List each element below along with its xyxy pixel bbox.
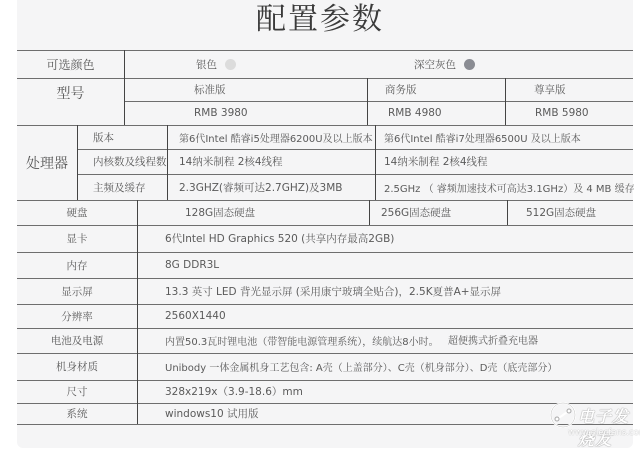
color-name: 银色 bbox=[196, 57, 217, 72]
memory-label: 内存 bbox=[17, 252, 137, 278]
color-name: 深空灰色 bbox=[414, 57, 456, 72]
processor-cores-standard: 14纳米制程 2核4线程 bbox=[179, 149, 283, 174]
os-label: 系统 bbox=[17, 403, 137, 424]
battery-label: 电池及电源 bbox=[17, 328, 137, 353]
processor-freq-premium: 2.5GHz （ 睿频加速技术可高达3.1GHz）及 4 MB 缓存 bbox=[384, 174, 635, 200]
processor-cores-premium: 14纳米制程 2核4线程 bbox=[384, 149, 488, 174]
dimensions-value: 328x219x（3.9-18.6）mm bbox=[165, 380, 303, 403]
price-standard: RMB 3980 bbox=[194, 101, 248, 125]
color-option-silver[interactable]: 银色 bbox=[196, 50, 236, 78]
watermark-name: 电子发烧友 bbox=[578, 404, 640, 450]
processor-cores-label: 内核数及线程数 bbox=[93, 149, 167, 174]
resolution-value: 2560X1440 bbox=[165, 304, 226, 328]
resolution-label: 分辨率 bbox=[17, 304, 137, 328]
divider bbox=[505, 78, 506, 125]
edition-business: 商务版 bbox=[385, 78, 417, 101]
watermark: 电子发烧友 www.elecfans.com bbox=[548, 392, 640, 447]
storage-512: 512G固态硬盘 bbox=[526, 200, 596, 225]
storage-128: 128G固态硬盘 bbox=[185, 200, 255, 225]
gpu-label: 显卡 bbox=[17, 225, 137, 252]
processor-version-standard: 第6代Intel 酷睿i5处理器6200U及以上版本 bbox=[179, 125, 373, 149]
divider bbox=[167, 125, 168, 200]
body-material-label: 机身材质 bbox=[17, 353, 137, 380]
battery-value: 内置50.3瓦时锂电池（带智能电源管理系统），续航达8小时。 bbox=[165, 328, 439, 353]
divider bbox=[507, 200, 508, 225]
display-label: 显示屏 bbox=[17, 278, 137, 304]
edition-premium: 尊享版 bbox=[534, 78, 566, 101]
divider bbox=[124, 50, 125, 125]
os-value: windows10 试用版 bbox=[165, 403, 259, 424]
color-option-space-gray[interactable]: 深空灰色 bbox=[414, 50, 475, 78]
processor-version-label: 版本 bbox=[93, 125, 114, 149]
body-material-value: Unibody 一体金属机身工艺包含: A壳（上盖部分）、C壳（机身部分）、D壳… bbox=[165, 353, 557, 380]
divider bbox=[77, 125, 78, 200]
divider bbox=[375, 125, 376, 200]
divider bbox=[367, 78, 368, 125]
watermark-url: www.elecfans.com bbox=[568, 428, 640, 438]
gpu-value: 6代Intel HD Graphics 520 (共享内存最高2GB) bbox=[165, 225, 394, 252]
elecfans-logo-icon bbox=[548, 400, 578, 430]
space-gray-swatch-icon bbox=[464, 59, 475, 70]
edition-standard: 标准版 bbox=[194, 78, 226, 101]
model-label: 型号 bbox=[17, 78, 124, 108]
processor-freq-label: 主频及缓存 bbox=[93, 174, 146, 200]
price-premium: RMB 5980 bbox=[535, 101, 589, 125]
storage-label: 硬盘 bbox=[17, 200, 137, 225]
divider bbox=[17, 424, 633, 425]
price-business: RMB 4980 bbox=[388, 101, 442, 125]
divider bbox=[137, 200, 138, 424]
processor-label: 处理器 bbox=[17, 125, 77, 200]
colors-label: 可选颜色 bbox=[17, 50, 124, 78]
silver-swatch-icon bbox=[225, 59, 236, 70]
processor-version-premium: 第6代Intel 酷睿i7处理器6500U 及以上版本 bbox=[384, 125, 581, 149]
battery-charger: 超便携式折叠充电器 bbox=[448, 328, 538, 351]
processor-freq-standard: 2.3GHZ(睿频可达2.7GHZ)及3MB bbox=[179, 174, 342, 200]
dimensions-label: 尺寸 bbox=[17, 380, 137, 403]
storage-256: 256G固态硬盘 bbox=[381, 200, 451, 225]
display-value: 13.3 英寸 LED 背光显示屏 (采用康宁玻璃全贴合)，2.5K夏普A+显示… bbox=[165, 278, 501, 304]
memory-value: 8G DDR3L bbox=[165, 252, 219, 278]
divider bbox=[369, 200, 370, 225]
page-title: 配置参数 bbox=[0, 0, 640, 42]
